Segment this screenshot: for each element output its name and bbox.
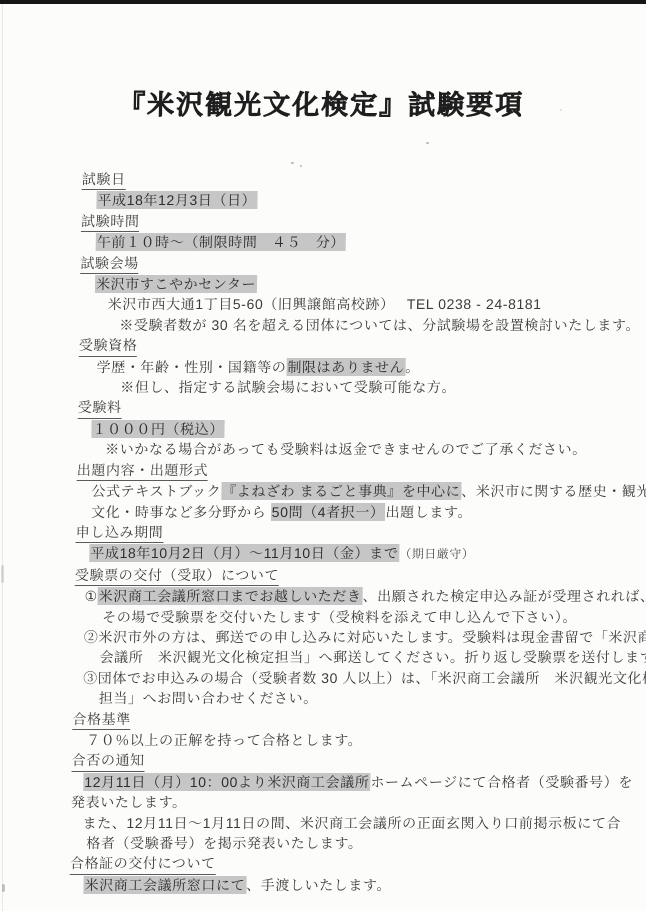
body-line: ②米沢市外の方は、郵送での申し込みに対応いたします。受験料は現金書留で「米沢商工 xyxy=(74,627,587,647)
section-heading-text: 受験料 xyxy=(78,397,122,418)
highlighted-text: 制限はありません xyxy=(286,358,405,376)
body-line: １０００円（税込） xyxy=(77,419,590,439)
body-line: 米沢市すこやかセンター xyxy=(80,274,593,294)
section: 試験日平成18年12月3日（日） xyxy=(81,169,595,211)
body-text: （期日厳守） xyxy=(399,547,474,561)
body-line: 学歴・年齢・性別・国籍等の制限はありません。 xyxy=(78,357,591,377)
section: 合否の通知12月11日（月）10：00より米沢商工会議所ホームページにて合格者（… xyxy=(70,750,585,853)
scanned-document-page: 『米沢観光文化検定』試験要項 試験日平成18年12月3日（日）試験時間午前１０時… xyxy=(0,0,646,911)
highlighted-text: 50問（4者択一） xyxy=(271,503,386,521)
section: 受験料１０００円（税込）※いかなる場合があっても受験料は返金できませんのでご了承… xyxy=(77,397,591,459)
body-text: また、12月11日～1月11日の間、米沢商工会議所の正面玄関入り口前掲示板にて合 xyxy=(83,815,622,831)
body-line: 平成18年12月3日（日） xyxy=(81,190,594,210)
body-text: 出題します。 xyxy=(385,504,472,520)
body-line: 会議所 米沢観光文化検定担当」へ郵送してください。折り返し受験票を送付します。 xyxy=(73,647,586,667)
section-heading: 受験票の交付（受取）について xyxy=(75,565,588,586)
body-text: 会議所 米沢観光文化検定担当」へ郵送してください。折り返し受験票を送付します。 xyxy=(99,649,646,665)
body-line: 格者（受験番号）を掲示発表いたします。 xyxy=(70,833,583,853)
body-text: 、手渡しいたします。 xyxy=(246,877,391,893)
body-line: 12月11日（月）10：00より米沢商工会議所ホームページにて合格者（受験番号）… xyxy=(71,772,584,792)
body-line: 午前１０時～（制限時間 ４５ 分） xyxy=(81,232,594,252)
section-heading: 試験時間 xyxy=(81,211,594,232)
section-heading-text: 試験時間 xyxy=(81,211,140,232)
section-heading-text: 申し込み期間 xyxy=(76,522,164,543)
body-text: ※但し、指定する試験会場において受験可能な方。 xyxy=(120,379,456,395)
highlighted-text: 12月11日（月）10：00より米沢商工会議所 xyxy=(83,773,370,791)
section-heading-text: 試験会場 xyxy=(80,253,139,274)
section-heading-text: 試験日 xyxy=(82,169,126,190)
section-heading: 受験資格 xyxy=(79,335,592,356)
body-text: 、米沢市に関する歴史・観光・ xyxy=(461,483,646,499)
body-line: ※受験者数が 30 名を超える団体については、分試験場を設置検討いたします。 xyxy=(79,315,592,335)
section-heading: 試験日 xyxy=(82,169,595,190)
body-line: ７０％以上の正解を持って合格とします。 xyxy=(72,730,585,750)
section-heading: 試験会場 xyxy=(80,253,593,274)
section: 申し込み期間平成18年10月2日（月）～11月10日（金）まで（期日厳守） xyxy=(75,522,589,565)
body-text: その場で受験票を交付いたします（受検料を添えて申し込んで下さい）。 xyxy=(102,609,577,625)
body-line: 担当」へお問い合わせください。 xyxy=(73,688,586,708)
body-line: ③団体でお申込みの場合（受験者数 30 人以上）は、「米沢商工会議所 米沢観光文… xyxy=(73,668,586,688)
section-heading: 受験料 xyxy=(78,397,591,418)
body-line: 米沢市西大通1丁目5-60（旧興譲館高校跡） TEL 0238 - 24-818… xyxy=(80,294,593,314)
body-text: 文化・時事など多分野から xyxy=(91,504,271,520)
section-heading: 合格証の交付について xyxy=(70,853,583,874)
section-heading-text: 合否の通知 xyxy=(72,750,145,771)
section-heading: 合格基準 xyxy=(72,709,585,730)
page-title: 『米沢観光文化検定』試験要項 xyxy=(0,83,645,122)
document-content: 『米沢観光文化検定』試験要項 試験日平成18年12月3日（日）試験時間午前１０時… xyxy=(0,0,646,895)
section: 試験時間午前１０時～（制限時間 ４５ 分） xyxy=(81,211,595,253)
body-text: 担当」へお問い合わせください。 xyxy=(99,690,318,706)
section-heading-text: 受験票の交付（受取）について xyxy=(75,565,279,586)
body-line: 平成18年10月2日（月）～11月10日（金）まで（期日厳守） xyxy=(75,543,588,564)
body-text: ※いかなる場合があっても受験料は返金できませんのでご了承ください。 xyxy=(105,441,587,457)
body-text: ホームページにて合格者（受験番号）を xyxy=(370,774,633,790)
body-text: 格者（受験番号）を掲示発表いたします。 xyxy=(86,835,363,851)
body-line: ①米沢商工会議所窓口までお越しいただき、出願された検定申込み証が受理されれば、 xyxy=(74,586,587,606)
body-text: ②米沢市外の方は、郵送での申し込みに対応いたします。受験料は現金書留で「米沢商工 xyxy=(84,629,646,645)
highlighted-text: 午前１０時～（制限時間 ４５ 分） xyxy=(96,233,347,251)
highlighted-text: 米沢商工会議所窓口までお越しいただき xyxy=(98,587,363,605)
body-text: 。 xyxy=(405,359,420,375)
body-line: また、12月11日～1月11日の間、米沢商工会議所の正面玄関入り口前掲示板にて合 xyxy=(70,813,583,833)
section-heading: 申し込み期間 xyxy=(76,522,589,543)
body-text: 発表いたします。 xyxy=(71,794,187,810)
highlighted-text: 米沢商工会議所窓口にて xyxy=(83,876,246,894)
section: 出題内容・出題形式公式テキストブック『よねざわ まるごと事典』を中心に、米沢市に… xyxy=(76,460,590,522)
section-heading-text: 出題内容・出題形式 xyxy=(77,460,209,481)
section: 受験資格学歴・年齢・性別・国籍等の制限はありません。※但し、指定する試験会場にお… xyxy=(78,335,592,397)
section-heading: 合否の通知 xyxy=(72,750,585,771)
body-text: 学歴・年齢・性別・国籍等の xyxy=(96,359,286,375)
body-line: 発表いたします。 xyxy=(71,792,584,812)
body-line: ※いかなる場合があっても受験料は返金できませんのでご了承ください。 xyxy=(77,439,590,459)
body-text: ③団体でお申込みの場合（受験者数 30 人以上）は、「米沢商工会議所 米沢観光文… xyxy=(83,670,646,686)
body-line: ※但し、指定する試験会場において受験可能な方。 xyxy=(78,377,591,397)
sections: 試験日平成18年12月3日（日）試験時間午前１０時～（制限時間 ４５ 分）試験会… xyxy=(0,169,643,895)
section: 合格証の交付について米沢商工会議所窓口にて、手渡しいたします。 xyxy=(69,853,583,895)
body-text: ① xyxy=(84,588,97,604)
highlighted-text: 平成18年10月2日（月）～11月10日（金）まで xyxy=(89,544,399,562)
body-line: 米沢商工会議所窓口にて、手渡しいたします。 xyxy=(69,875,582,895)
body-text: ７０％以上の正解を持って合格とします。 xyxy=(86,732,363,748)
section-heading: 出題内容・出題形式 xyxy=(77,460,590,481)
body-line: 公式テキストブック『よねざわ まるごと事典』を中心に、米沢市に関する歴史・観光・ xyxy=(76,481,589,501)
section-heading-text: 受験資格 xyxy=(79,335,138,356)
highlighted-text: 米沢市すこやかセンター xyxy=(95,275,257,293)
body-text: ※受験者数が 30 名を超える団体については、分試験場を設置検討いたします。 xyxy=(119,317,640,333)
body-text: 米沢市西大通1丁目5-60（旧興譲館高校跡） TEL 0238 - 24-818… xyxy=(108,296,542,312)
section-heading-text: 合格証の交付について xyxy=(70,853,216,874)
section: 試験会場米沢市すこやかセンター米沢市西大通1丁目5-60（旧興譲館高校跡） TE… xyxy=(79,253,593,336)
section: 合格基準７０％以上の正解を持って合格とします。 xyxy=(72,709,586,751)
highlighted-text: 平成18年12月3日（日） xyxy=(96,191,257,209)
highlighted-text: 『よねざわ まるごと事典』を中心に xyxy=(221,482,461,500)
body-text: 、出願された検定申込み証が受理されれば、 xyxy=(362,588,646,604)
section-heading-text: 合格基準 xyxy=(72,709,131,730)
body-line: 文化・時事など多分野から 50問（4者択一）出題します。 xyxy=(76,502,589,522)
body-line: その場で受験票を交付いたします（受検料を添えて申し込んで下さい）。 xyxy=(74,607,587,627)
highlighted-text: １０００円（税込） xyxy=(91,420,225,438)
body-text: 公式テキストブック xyxy=(91,483,221,499)
section: 受験票の交付（受取）について①米沢商工会議所窓口までお越しいただき、出願された検… xyxy=(73,565,589,709)
